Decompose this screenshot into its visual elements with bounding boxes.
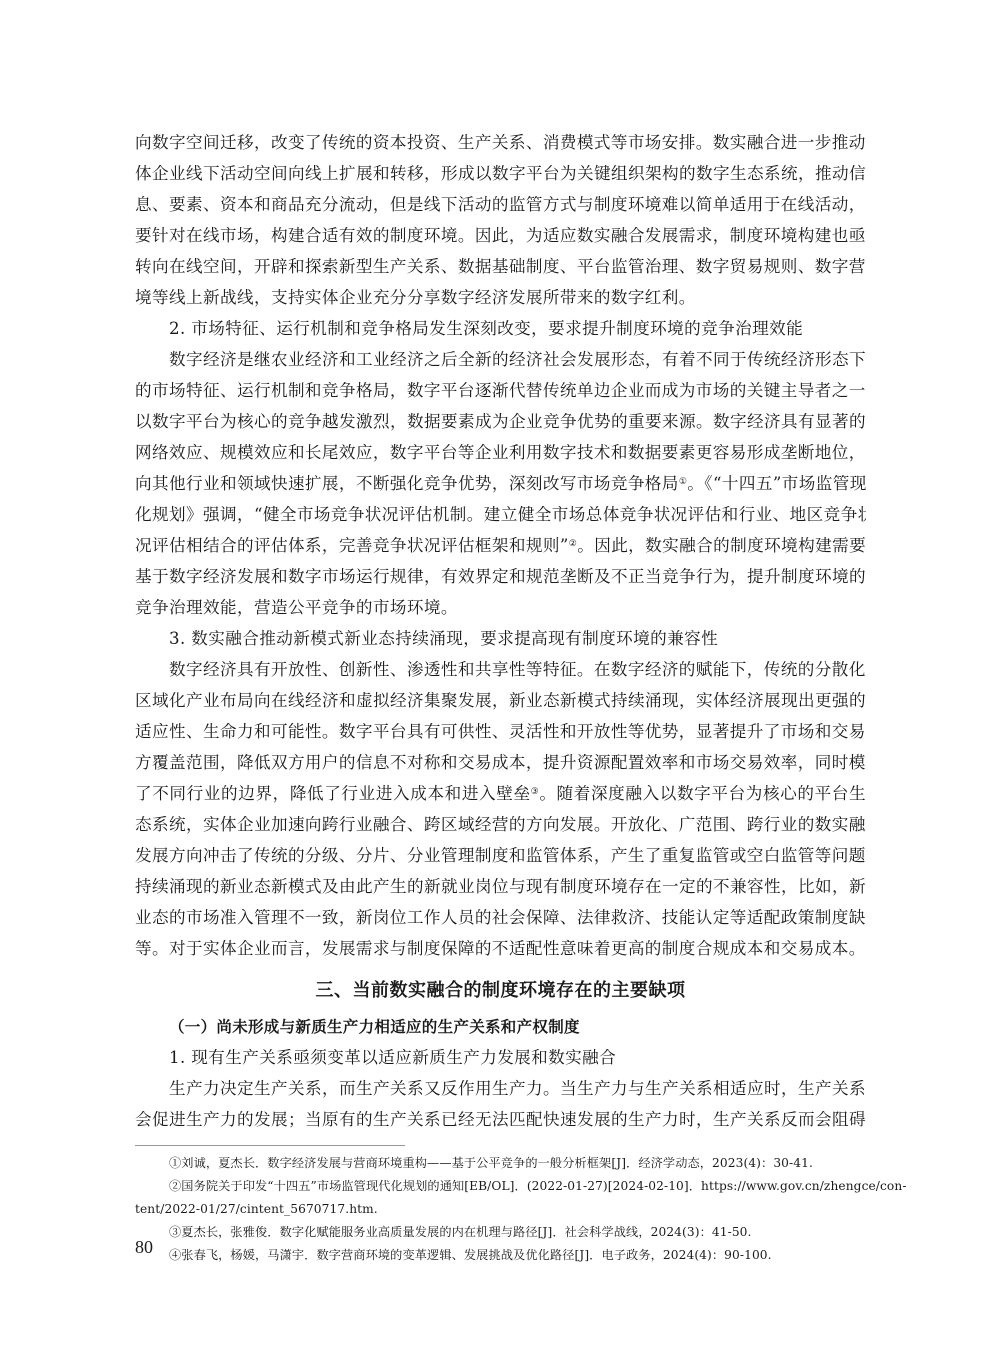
footnote-2: ②国务院关于印发“十四五”市场监管现代化规划的通知[EB/OL]．(2022-0… (135, 1175, 866, 1198)
body-line: 态系统，实体企业加速向跨行业融合、跨区域经营的方向发展。开放化、广范围、跨行业的… (135, 809, 866, 840)
subsection-title: （一）尚未形成与新质生产力相适应的生产关系和产权制度 (135, 1012, 866, 1042)
body-line: 会促进生产力的发展；当原有的生产关系已经无法匹配快速发展的生产力时，生产关系反而… (135, 1104, 866, 1135)
body-line: 向其他行业和领域快速扩展，不断强化竞争优势，深刻改写市场竞争格局①。《“十四五”… (135, 468, 866, 499)
line-text: 。因此，数实融合的制度环境构建需要 (577, 536, 866, 555)
body-line: 了不同行业的边界，降低了行业进入成本和进入壁垒③。随着深度融入以数字平台为核心的… (135, 778, 866, 809)
footnote-1: ①刘诚，夏杰长．数字经济发展与营商环境重构——基于公平竞争的一般分析框架[J]．… (135, 1152, 866, 1175)
body-line: 业态的市场准入管理不一致，新岗位工作人员的社会保障、法律救济、技能认定等适配政策… (135, 902, 866, 933)
article-body: 向数字空间迁移，改变了传统的资本投资、生产关系、消费模式等市场安排。数实融合进一… (135, 127, 866, 1267)
body-line: 方覆盖范围，降低双方用户的信息不对称和交易成本，提升资源配置效率和市场交易效率，… (135, 747, 866, 778)
body-line: 向数字空间迁移，改变了传统的资本投资、生产关系、消费模式等市场安排。数实融合进一… (135, 127, 866, 158)
line-text: 向其他行业和领域快速扩展，不断强化竞争优势，深刻改写市场竞争格局 (135, 474, 679, 493)
body-line: 基于数字经济发展和数字市场运行规律，有效界定和规范垄断及不正当竞争行为，提升制度… (135, 561, 866, 592)
line-text: 。随着深度融入以数字平台为核心的平台生 (539, 784, 866, 803)
section-title: 三、当前数实融合的制度环境存在的主要缺项 (135, 978, 866, 1004)
body-line: 发展方向冲击了传统的分级、分片、分业管理制度和监管体系，产生了重复监管或空白监管… (135, 840, 866, 871)
subheading-2: 2. 市场特征、运行机制和竞争格局发生深刻改变，要求提升制度环境的竞争治理效能 (135, 313, 866, 344)
body-line: 化规划》强调，“健全市场竞争状况评估机制。建立健全市场总体竞争状况评估和行业、地… (135, 499, 866, 530)
body-line: 境等线上新战线，支持实体企业充分分享数字经济发展所带来的数字红利。 (135, 282, 866, 313)
page-number: 80 (135, 1237, 153, 1258)
body-line: 息、要素、资本和商品充分流动，但是线下活动的监管方式与制度环境难以简单适用于在线… (135, 189, 866, 220)
footnote-4: ④张春飞，杨媛，马潇宇．数字营商环境的变革逻辑、发展挑战及优化路径[J]．电子政… (135, 1244, 866, 1267)
body-line: 的市场特征、运行机制和竞争格局，数字平台逐渐代替传统单边企业而成为市场的关键主导… (135, 375, 866, 406)
footnote-3: ③夏杰长，张雅俊．数字化赋能服务业高质量发展的内在机理与路径[J]．社会科学战线… (135, 1221, 866, 1244)
body-line: 生产力决定生产关系，而生产关系又反作用生产力。当生产力与生产关系相适应时，生产关… (135, 1073, 866, 1104)
body-line: 网络效应、规模效应和长尾效应，数字平台等企业利用数字技术和数据要素更容易形成垄断… (135, 437, 866, 468)
line-text: 了不同行业的边界，降低了行业进入成本和进入壁垒 (135, 784, 531, 803)
body-line: 数字经济是继农业经济和工业经济之后全新的经济社会发展形态，有着不同于传统经济形态… (135, 344, 866, 375)
body-line: 竞争治理效能，营造公平竞争的市场环境。 (135, 592, 866, 623)
body-line: 况评估相结合的评估体系，完善竞争状况评估框架和规则”②。因此，数实融合的制度环境… (135, 530, 866, 561)
footnote-divider (135, 1145, 405, 1146)
body-line: 等。对于实体企业而言，发展需求与制度保障的不适配性意味着更高的制度合规成本和交易… (135, 933, 866, 964)
body-line: 数字经济具有开放性、创新性、渗透性和共享性等特征。在数字经济的赋能下，传统的分散… (135, 654, 866, 685)
line-text: 况评估相结合的评估体系，完善竞争状况评估框架和规则” (135, 536, 569, 555)
body-line: 转向在线空间，开辟和探索新型生产关系、数据基础制度、平台监管治理、数字贸易规则、… (135, 251, 866, 282)
body-line: 适应性、生命力和可能性。数字平台具有可供性、灵活性和开放性等优势，显著提升了市场… (135, 716, 866, 747)
subheading-1: 1. 现有生产关系亟须变革以适应新质生产力发展和数实融合 (135, 1042, 866, 1073)
body-line: 体企业线下活动空间向线上扩展和转移，形成以数字平台为关键组织架构的数字生态系统，… (135, 158, 866, 189)
line-text: 。《“十四五”市场监管现代 (687, 474, 866, 493)
subheading-3: 3. 数实融合推动新模式新业态持续涌现，要求提高现有制度环境的兼容性 (135, 623, 866, 654)
body-line: 要针对在线市场，构建合适有效的制度环境。因此，为适应数实融合发展需求，制度环境构… (135, 220, 866, 251)
body-line: 持续涌现的新业态新模式及由此产生的新就业岗位与现有制度环境存在一定的不兼容性，比… (135, 871, 866, 902)
body-line: 以数字平台为核心的竞争越发激烈，数据要素成为企业竞争优势的重要来源。数字经济具有… (135, 406, 866, 437)
line-text: 发展方向冲击了传统的分级、分片、分业管理制度和监管体系，产生了重复监管或空白监管… (135, 846, 866, 865)
footnote-ref-2[interactable]: ② (569, 539, 577, 549)
body-line: 区域化产业布局向在线经济和虚拟经济集聚发展，新业态新模式持续涌现，实体经济展现出… (135, 685, 866, 716)
footnote-2-continued[interactable]: tent/2022-01/27/cintent_5670717.htm. (135, 1198, 866, 1221)
footnotes: ①刘诚，夏杰长．数字经济发展与营商环境重构——基于公平竞争的一般分析框架[J]．… (135, 1152, 866, 1267)
footnote-ref-1[interactable]: ① (679, 477, 687, 487)
